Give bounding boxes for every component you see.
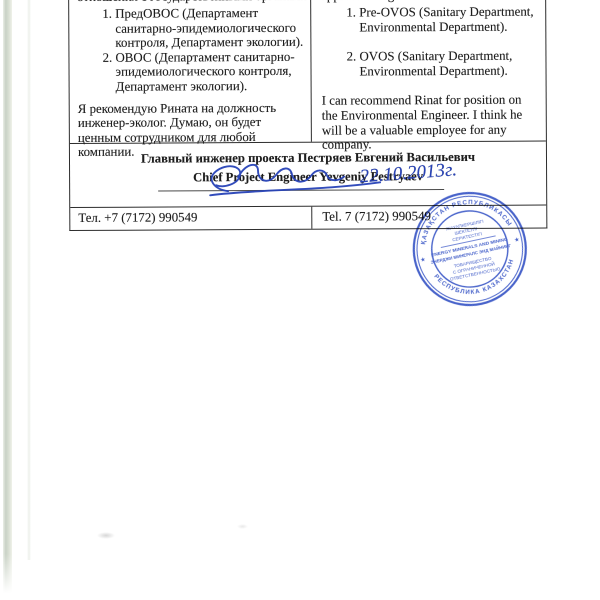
- tel-ru: Тел. +7 (7172) 990549: [70, 207, 312, 230]
- clipped-line-en: approvals in government bodies: [321, 0, 539, 4]
- signature-stroke: [238, 164, 344, 182]
- approvals-list-en: Pre-OVOS (Sanitary Department, Environme…: [321, 5, 539, 80]
- list-item: Pre-OVOS (Sanitary Department, Environme…: [359, 5, 539, 35]
- company-stamp: ҚАЗАҚСТАН РЕСПУБЛИКАСЫ РЕСПУБЛИКА КАЗАХС…: [391, 175, 550, 325]
- list-item: OVOS (Sanitary Department, Environmental…: [359, 49, 539, 79]
- scan-edge-strip-faint: [27, 0, 31, 560]
- content-row: отношения с государственными органами Пр…: [69, 0, 546, 144]
- scan-edge-strip: [3, 0, 12, 600]
- signature-stroke: [212, 166, 241, 191]
- stamp-star-icon: ★: [514, 236, 521, 244]
- scan-smudge: [97, 532, 115, 539]
- scanned-document-page: отношения с государственными органами Пр…: [0, 0, 600, 600]
- scan-smudge: [237, 524, 248, 529]
- russian-column: отношения с государственными органами Пр…: [69, 0, 312, 143]
- approvals-list-ru: ПредОВОС (Департамент санитарно-эпидемио…: [77, 6, 306, 95]
- english-column: approvals in government bodies Pre-OVOS …: [311, 0, 546, 142]
- list-item: ПредОВОС (Департамент санитарно-эпидемио…: [115, 6, 306, 51]
- stamp-star-icon: ★: [420, 256, 427, 264]
- signature-stroke: [210, 182, 380, 195]
- clipped-line-ru: отношения с государственными органами: [77, 0, 306, 5]
- signature-date: 22.10.2013г.: [359, 159, 458, 187]
- list-item: ОВОС (Департамент санитарно-эпидемиологи…: [115, 50, 306, 95]
